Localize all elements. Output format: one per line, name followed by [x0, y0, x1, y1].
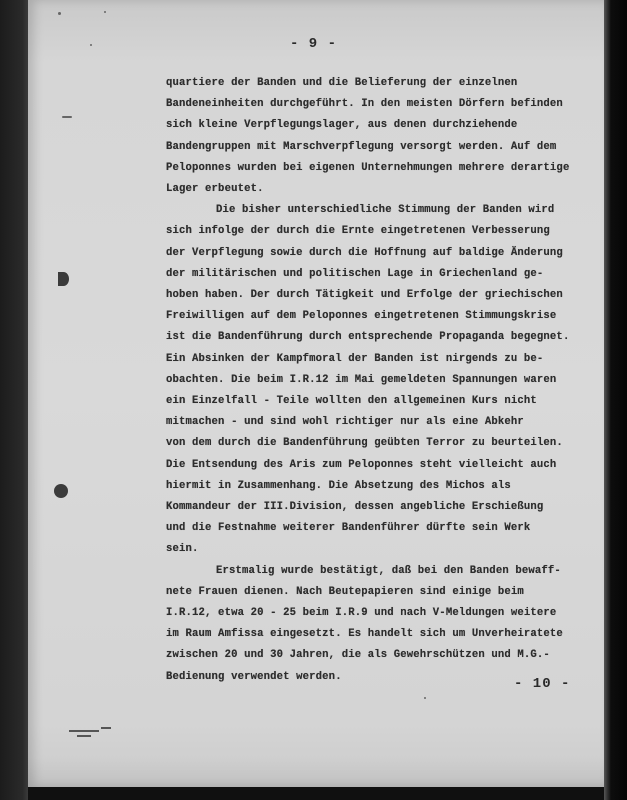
text-line: I.R.12, etwa 20 - 25 beim I.R.9 und nach… [166, 603, 606, 624]
text-line: mitmachen - und sind wohl richtiger nur … [166, 412, 606, 433]
scan-bottom-border [28, 787, 604, 800]
text-line: hoben haben. Der durch Tätigkeit und Erf… [166, 285, 606, 306]
text-line: sich infolge der durch die Ernte eingetr… [166, 221, 606, 242]
text-line: zwischen 20 und 30 Jahren, die als Geweh… [166, 645, 606, 666]
text-line: der militärischen und politischen Lage i… [166, 264, 606, 285]
text-line: Bandengruppen mit Marschverpflegung vers… [166, 137, 606, 158]
text-line: Erstmalig wurde bestätigt, daß bei den B… [166, 561, 606, 582]
text-line: Bandeneinheiten durchgeführt. In den mei… [166, 94, 606, 115]
text-line: Freiwilligen auf dem Peloponnes eingetre… [166, 306, 606, 327]
text-line: der Verpflegung sowie durch die Hoffnung… [166, 243, 606, 264]
text-line: ein Einzelfall - Teile wollten den allge… [166, 391, 606, 412]
text-line: im Raum Amfissa eingesetzt. Es handelt s… [166, 624, 606, 645]
punch-hole-icon [58, 272, 69, 286]
text-line: Ein Absinken der Kampfmoral der Banden i… [166, 349, 606, 370]
paper-speck [90, 44, 92, 46]
scan-right-border [604, 0, 627, 800]
paper-speck [424, 697, 426, 699]
paper-speck [104, 11, 106, 13]
punch-hole-icon [54, 484, 68, 498]
page-number-header: - 9 - [290, 36, 337, 52]
scan-left-border [0, 0, 28, 800]
text-line: Peloponnes wurden bei eigenen Unternehmu… [166, 158, 606, 179]
text-line: Kommandeur der III.Division, dessen ange… [166, 497, 606, 518]
text-line: Lager erbeutet. [166, 179, 606, 200]
text-line: sein. [166, 539, 606, 560]
document-body: quartiere der Banden und die Belieferung… [166, 73, 606, 688]
text-line: Die Entsendung des Aris zum Peloponnes s… [166, 455, 606, 476]
text-line: obachten. Die beim I.R.12 im Mai gemelde… [166, 370, 606, 391]
text-line: Die bisher unterschiedliche Stimmung der… [166, 200, 606, 221]
text-line: quartiere der Banden und die Belieferung… [166, 73, 606, 94]
text-line: sich kleine Verpflegungslager, aus denen… [166, 115, 606, 136]
ink-smudge [55, 727, 115, 737]
text-line: ist die Bandenführung durch entsprechend… [166, 327, 606, 348]
text-line: von dem durch die Bandenführung geübten … [166, 433, 606, 454]
paper-speck [62, 116, 72, 118]
text-line: hiermit in Zusammenhang. Die Absetzung d… [166, 476, 606, 497]
paragraph: Erstmalig wurde bestätigt, daß bei den B… [166, 561, 606, 688]
paper-speck [58, 12, 61, 15]
text-line: und die Festnahme weiterer Bandenführer … [166, 518, 606, 539]
paragraph: Die bisher unterschiedliche Stimmung der… [166, 200, 606, 560]
text-line: nete Frauen dienen. Nach Beutepapieren s… [166, 582, 606, 603]
paragraph: quartiere der Banden und die Belieferung… [166, 73, 606, 200]
page-number-footer: - 10 - [514, 676, 570, 692]
